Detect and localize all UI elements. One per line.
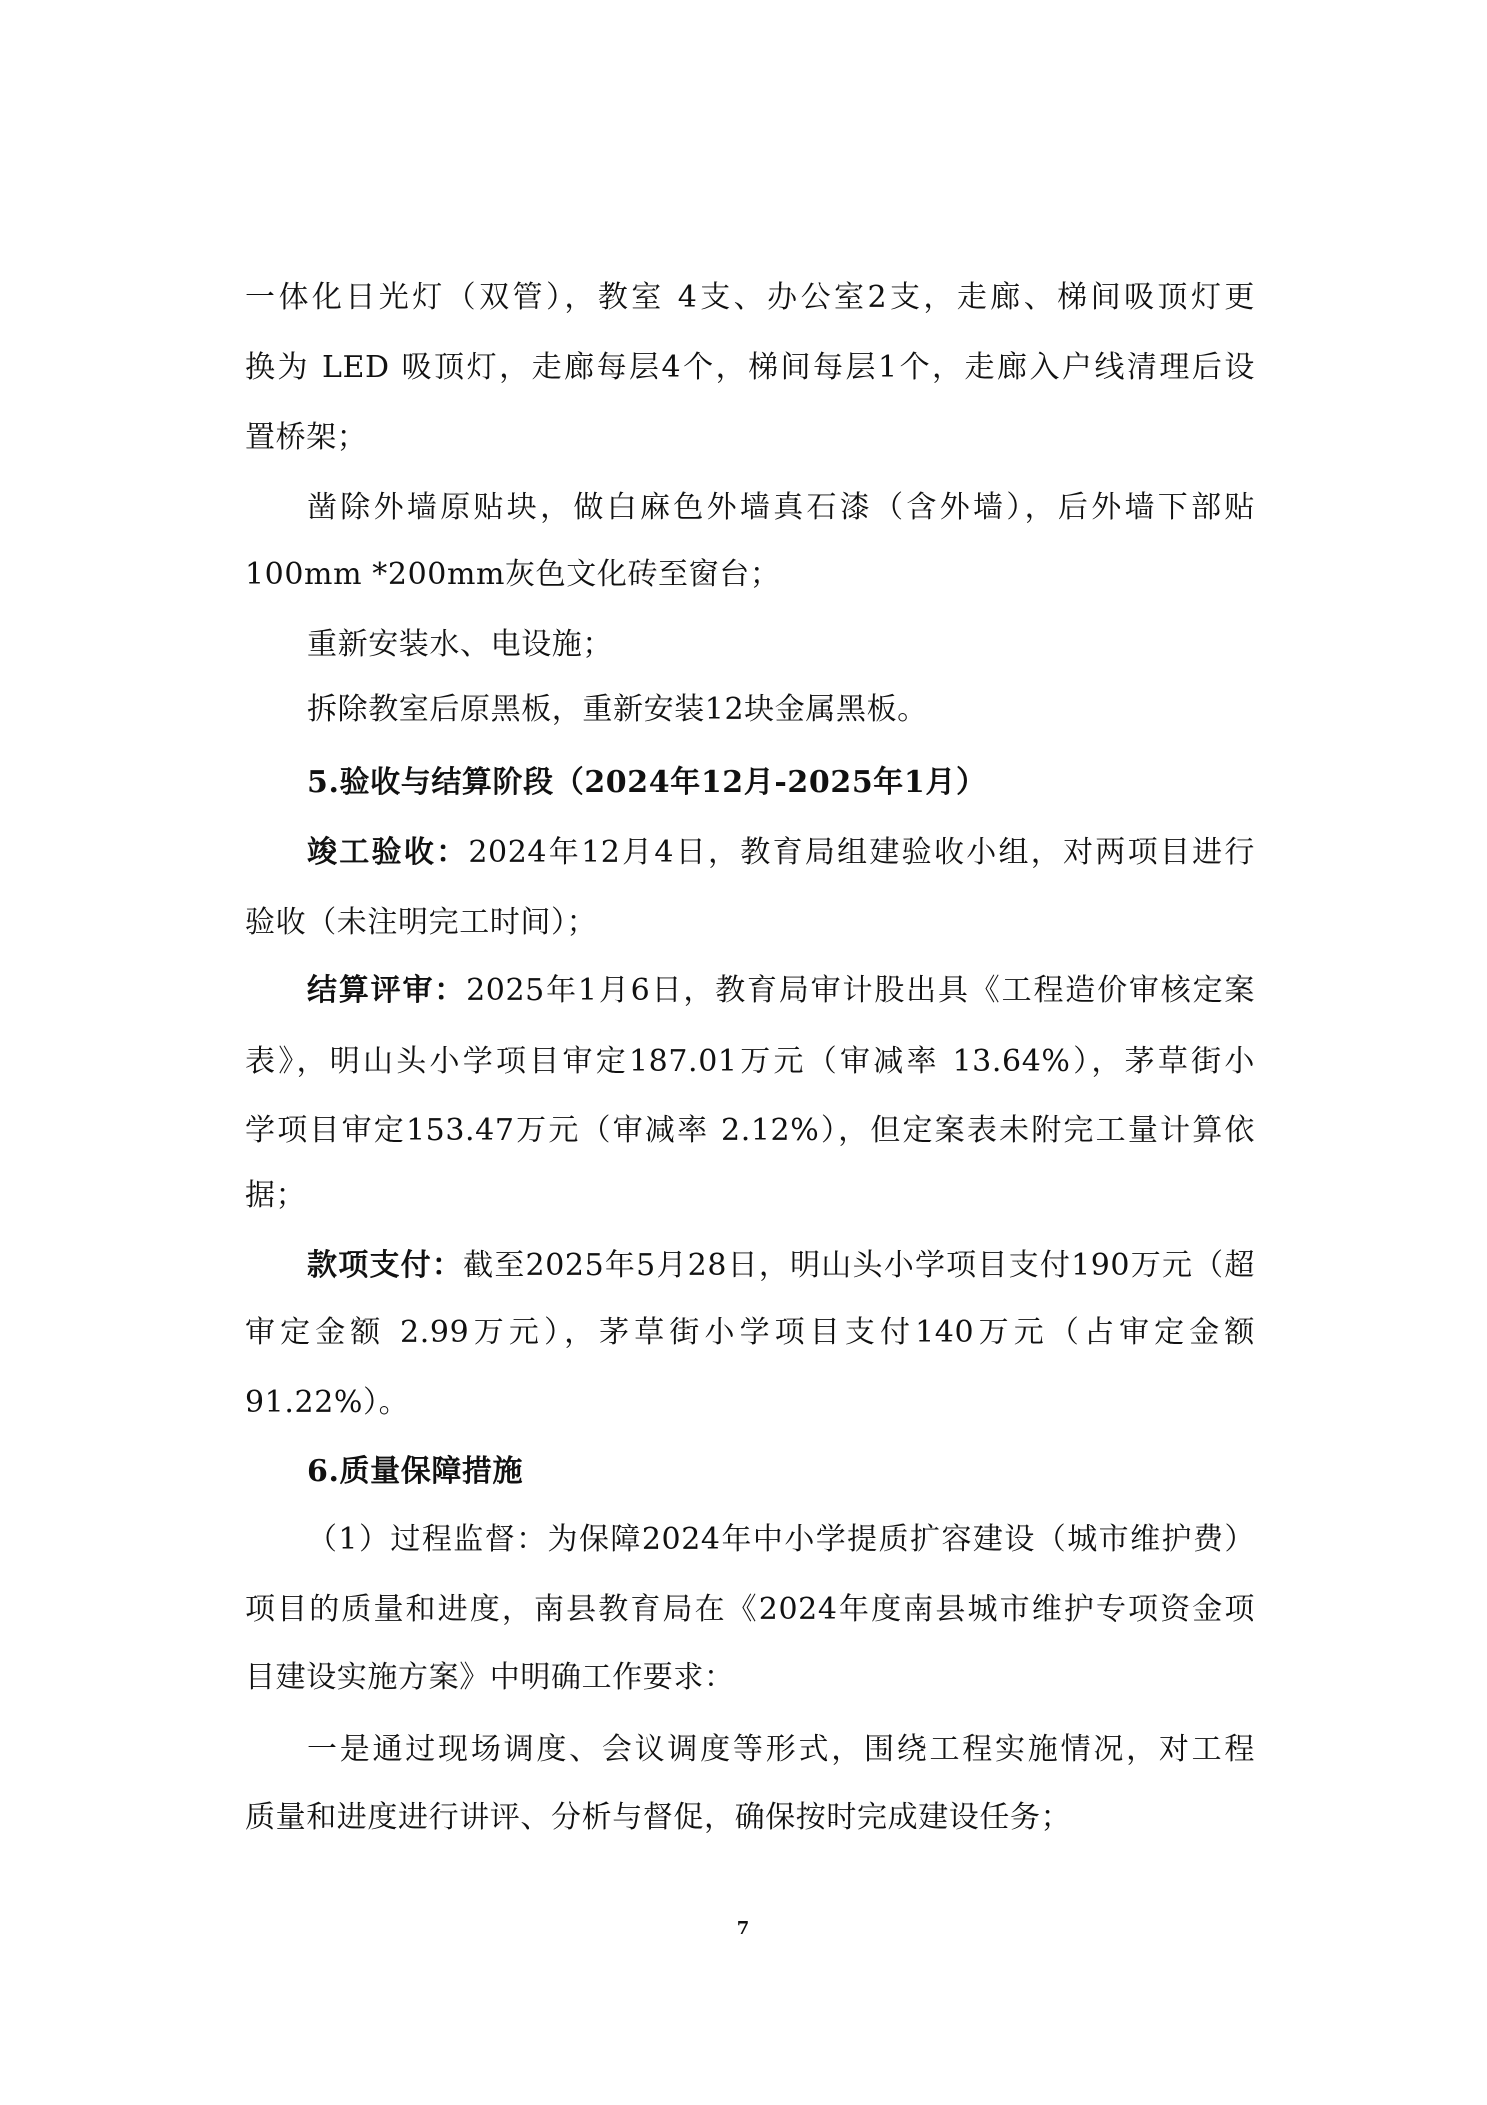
paragraph-text: 2024年12月4日，教育局组建验收小组，对两项目进行 (468, 835, 1255, 870)
section-heading-6: 6.质量保障措施 (307, 1454, 1255, 1490)
paragraph-line: 审定金额 2.99万元），茅草街小学项目支付140万元（占审定金额 (245, 1315, 1255, 1351)
paragraph-text: 2025年1月6日，教育局审计股出具《工程造价审核定案 (466, 973, 1255, 1008)
paragraph-line: 质量和进度进行讲评、分析与督促，确保按时完成建设任务； (245, 1800, 1255, 1836)
paragraph-line: 表》，明山头小学项目审定187.01万元（审减率 13.64%），茅草街小 (245, 1044, 1255, 1080)
paragraph-line: 拆除教室后原黑板，重新安装12块金属黑板。 (307, 692, 1255, 728)
label-completion-acceptance: 竣工验收： (307, 835, 468, 870)
paragraph-line: 换为 LED 吸顶灯，走廊每层4个，梯间每层1个，走廊入户线清理后设 (245, 350, 1255, 386)
paragraph-line: 一是通过现场调度、会议调度等形式，围绕工程实施情况，对工程 (307, 1732, 1255, 1768)
label-payment: 款项支付： (307, 1248, 463, 1283)
page-number: 7 (735, 1918, 751, 1939)
paragraph-settlement-review: 结算评审：2025年1月6日，教育局审计股出具《工程造价审核定案 (307, 973, 1255, 1009)
paragraph-line: 重新安装水、电设施； (307, 627, 1255, 663)
label-settlement-review: 结算评审： (307, 973, 466, 1008)
paragraph-line: 项目的质量和进度，南县教育局在《2024年度南县城市维护专项资金项 (245, 1592, 1255, 1628)
paragraph-line: 91.22%）。 (245, 1385, 1255, 1421)
paragraph-completion-acceptance: 竣工验收：2024年12月4日，教育局组建验收小组，对两项目进行 (307, 835, 1255, 871)
paragraph-line: （1）过程监督：为保障2024年中小学提质扩容建设（城市维护费） (307, 1522, 1255, 1558)
paragraph-line: 目建设实施方案》中明确工作要求： (245, 1660, 1255, 1696)
paragraph-line: 学项目审定153.47万元（审减率 2.12%），但定案表未附完工量计算依 (245, 1113, 1255, 1149)
paragraph-line: 据； (245, 1178, 1255, 1214)
paragraph-line: 凿除外墙原贴块，做白麻色外墙真石漆（含外墙），后外墙下部贴 (307, 490, 1255, 526)
paragraph-line: 一体化日光灯（双管），教室 4支、办公室2支，走廊、梯间吸顶灯更 (245, 280, 1255, 316)
paragraph-payment: 款项支付：截至2025年5月28日，明山头小学项目支付190万元（超 (307, 1248, 1255, 1284)
paragraph-line: 置桥架； (245, 420, 1255, 456)
paragraph-line: 100mm *200mm灰色文化砖至窗台； (245, 557, 1255, 593)
paragraph-line: 验收（未注明完工时间）； (245, 905, 1255, 941)
section-heading-5: 5.验收与结算阶段（2024年12月-2025年1月） (307, 765, 1255, 801)
document-page: 一体化日光灯（双管），教室 4支、办公室2支，走廊、梯间吸顶灯更 换为 LED … (0, 0, 1487, 2105)
paragraph-text: 截至2025年5月28日，明山头小学项目支付190万元（超 (463, 1248, 1255, 1283)
